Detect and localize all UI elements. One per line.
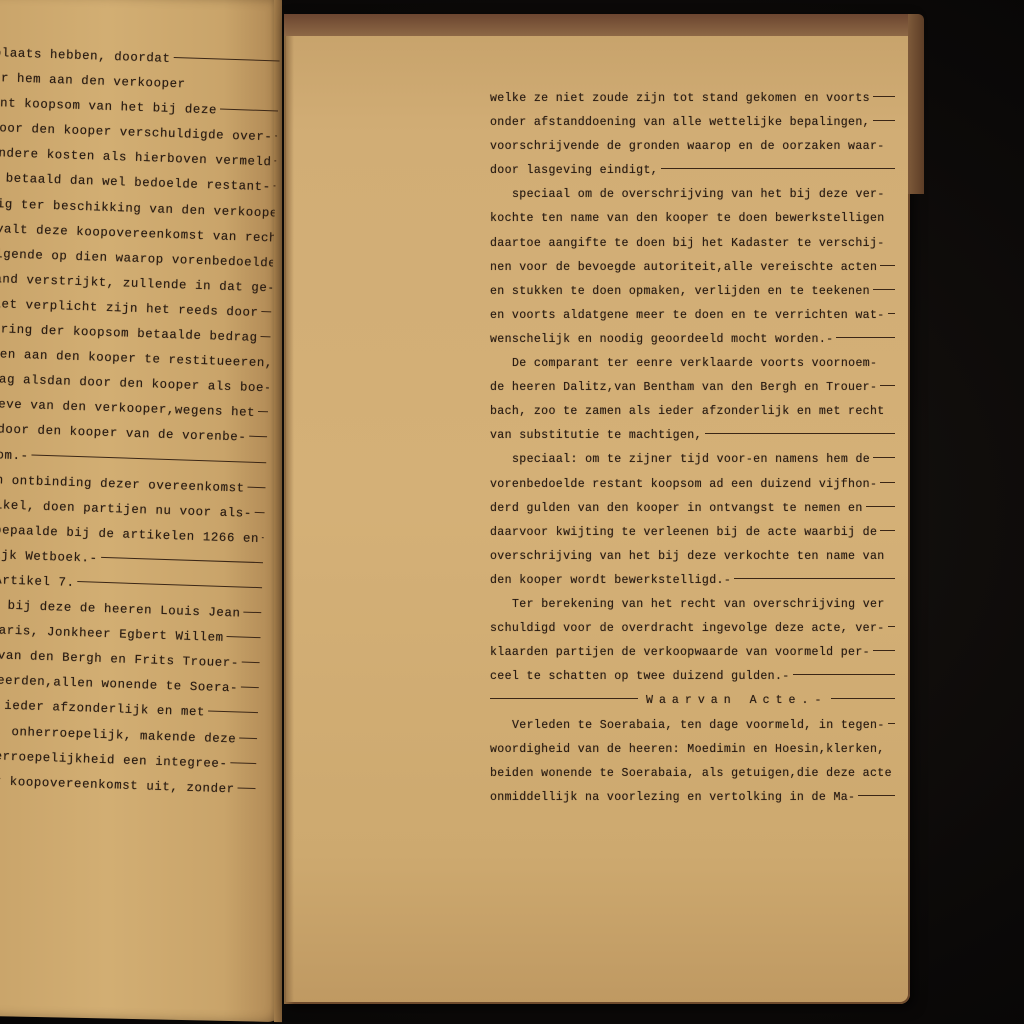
typed-line: door lasgeving eindigt,	[490, 164, 895, 188]
typed-line-text: welke ze niet zoude zijn tot stand gekom…	[490, 92, 870, 105]
fill-rule	[173, 57, 279, 62]
fill-rule	[866, 506, 895, 507]
typed-line-text: Artikel 7.	[0, 573, 75, 590]
typed-line: wenschelijk en noodig geoordeeld mocht w…	[490, 333, 895, 357]
typed-line-text: derd gulden van den kooper in ontvangst …	[490, 502, 863, 515]
left-page-text: plaats hebben, doordator hem aan den ver…	[0, 46, 280, 808]
typed-line: en stukken te doen opmaken, verlijden en…	[490, 285, 895, 309]
heading-rule-left	[490, 698, 638, 699]
typed-line: daarvoor kwijting te verleenen bij de ac…	[490, 526, 895, 550]
typed-line: klaarden partijen de verkoopwaarde van v…	[490, 646, 895, 670]
typed-line-text: Ter berekening van het recht van oversch…	[512, 598, 885, 611]
typed-line-text: psom.-	[0, 447, 29, 463]
fill-rule	[888, 313, 895, 314]
typed-line-text: De comparant ter eenre verklaarde voorts…	[512, 357, 877, 370]
fill-rule	[858, 795, 895, 796]
typed-line-text: overschrijving van het bij deze verkocht…	[490, 550, 885, 563]
fill-rule	[880, 530, 895, 531]
fill-rule	[275, 136, 277, 137]
fill-rule	[249, 436, 267, 438]
typed-line: overschrijving van het bij deze verkocht…	[490, 550, 895, 574]
fill-rule	[873, 650, 895, 651]
typed-line: ceel te schatten op twee duizend gulden.…	[490, 670, 895, 694]
fill-rule	[208, 711, 258, 714]
typed-line: voorschrijvende de gronden waarop en de …	[490, 140, 895, 164]
typed-line: daartoe aangifte te doen bij het Kadaste…	[490, 237, 895, 261]
typed-line: derd gulden van den kooper in ontvangst …	[490, 502, 895, 526]
typed-line-text: daartoe aangifte te doen bij het Kadaste…	[490, 237, 885, 250]
typed-line: Ter berekening van het recht van oversch…	[490, 598, 895, 622]
page-gutter-shadow	[284, 36, 294, 1004]
typed-line-text: rlijk Wetboek.-	[0, 548, 98, 566]
typed-line: van substitutie te machtigen,	[490, 429, 895, 453]
typed-line-text: klaarden partijen de verkoopwaarde van v…	[490, 646, 870, 659]
fill-rule	[239, 737, 257, 739]
fill-rule	[793, 674, 895, 675]
fill-rule	[880, 385, 895, 386]
typed-line-text: daarvoor kwijting te verleenen bij de ac…	[490, 526, 877, 539]
fill-rule	[836, 337, 895, 338]
fill-rule	[227, 636, 261, 638]
typed-line-text: voorschrijvende de gronden waarop en de …	[490, 140, 885, 153]
typed-line-text: schuldigd voor de overdracht ingevolge d…	[490, 622, 885, 635]
fill-rule	[661, 168, 895, 169]
typed-line-text: Verleden te Soerabaia, ten dage voormeld…	[512, 719, 885, 732]
typed-line: bach, zoo te zamen als ieder afzonderlij…	[490, 405, 895, 429]
typed-line: speciaal om de overschrijving van het bi…	[490, 188, 895, 212]
fill-rule	[101, 557, 263, 563]
fill-rule	[880, 482, 895, 483]
typed-line-text: de heeren Dalitz,van Bentham van den Ber…	[490, 381, 877, 394]
typed-line-text: onder afstanddoening van alle wettelijke…	[490, 116, 870, 129]
fill-rule	[873, 289, 895, 290]
fill-rule	[244, 612, 262, 614]
typed-line-text: en voorts aldatgene meer te doen en te v…	[490, 309, 885, 322]
fill-rule	[231, 762, 257, 764]
fill-rule	[888, 723, 895, 724]
fill-rule	[873, 120, 895, 121]
fill-rule	[242, 662, 260, 664]
fill-rule	[873, 96, 895, 97]
typed-line: nen voor de bevoegde autoriteit,alle ver…	[490, 261, 895, 285]
typed-line-text: bach, zoo te zamen als ieder afzonderlij…	[490, 405, 885, 418]
fill-rule	[275, 161, 277, 162]
typed-line: welke ze niet zoude zijn tot stand gekom…	[490, 92, 895, 116]
fill-rule	[258, 411, 268, 412]
typed-line-text: speciaal om de overschrijving van het bi…	[512, 188, 885, 201]
typed-line: en voorts aldatgene meer te doen en te v…	[490, 309, 895, 333]
typed-line-text: onmiddellijk na voorlezing en vertolking…	[490, 791, 855, 804]
typed-line-text: den kooper wordt bewerkstelligd.-	[490, 574, 731, 587]
fill-rule	[78, 581, 263, 588]
heading-text: Waarvan Acte.-	[646, 694, 827, 707]
fill-rule	[238, 787, 256, 789]
typed-line: onmiddellijk na voorlezing en vertolking…	[490, 791, 895, 815]
fill-rule	[888, 626, 895, 627]
typed-line: den kooper wordt bewerkstelligd.-	[490, 574, 895, 598]
typed-line: de heeren Dalitz,van Bentham van den Ber…	[490, 381, 895, 405]
fill-rule	[220, 109, 278, 112]
typed-line-text: en stukken te doen opmaken, verlijden en…	[490, 285, 870, 298]
fill-rule	[873, 457, 895, 458]
fill-rule	[705, 433, 895, 434]
page-right-binding	[908, 14, 924, 194]
waarvan-acte-heading: Waarvan Acte.-	[490, 694, 895, 719]
page-top-binding	[284, 14, 910, 36]
typed-line-text: door lasgeving eindigt,	[490, 164, 658, 177]
typed-line: vorenbedoelde restant koopsom ad een dui…	[490, 478, 895, 502]
fill-rule	[274, 186, 276, 187]
fill-rule	[189, 84, 279, 87]
typed-line: onder afstanddoening van alle wettelijke…	[490, 116, 895, 140]
fill-rule	[880, 265, 895, 266]
typed-line-text: nen voor de bevoegde autoriteit,alle ver…	[490, 261, 877, 274]
typed-line-text: vorenbedoelde restant koopsom ad een dui…	[490, 478, 877, 491]
typed-line: Verleden te Soerabaia, ten dage voormeld…	[490, 719, 895, 743]
fill-rule	[255, 512, 265, 513]
typed-line: speciaal: om te zijner tijd voor-en name…	[490, 453, 895, 477]
typed-line: beiden wonende te Soerabaia, als getuige…	[490, 767, 895, 791]
typed-line-text: wenschelijk en noodig geoordeeld mocht w…	[490, 333, 833, 346]
typed-line-text: kochte ten name van den kooper te doen b…	[490, 212, 885, 225]
typed-line-text: speciaal: om te zijner tijd voor-en name…	[512, 453, 870, 466]
typed-line: woordigheid van de heeren: Moedimin en H…	[490, 743, 895, 767]
typed-line-text: beiden wonende te Soerabaia, als getuige…	[490, 767, 892, 780]
fill-rule	[241, 687, 259, 689]
typed-line-text: woordigheid van de heeren: Moedimin en H…	[490, 743, 885, 756]
typed-line-text: van substitutie te machtigen,	[490, 429, 702, 442]
fill-rule	[32, 454, 267, 463]
right-page-text: welke ze niet zoude zijn tot stand gekom…	[490, 92, 895, 815]
fill-rule	[261, 336, 271, 337]
photo-scene: plaats hebben, doordator hem aan den ver…	[0, 0, 1024, 1024]
fill-rule	[248, 486, 266, 488]
typed-line-text: ceel te schatten op twee duizend gulden.…	[490, 670, 790, 683]
fill-rule	[262, 311, 272, 312]
fill-rule	[262, 537, 264, 538]
typed-line: schuldigd voor de overdracht ingevolge d…	[490, 622, 895, 646]
typed-line: De comparant ter eenre verklaarde voorts…	[490, 357, 895, 381]
fill-rule	[734, 578, 895, 579]
typed-line: kochte ten name van den kooper te doen b…	[490, 212, 895, 236]
heading-rule-right	[831, 698, 895, 699]
